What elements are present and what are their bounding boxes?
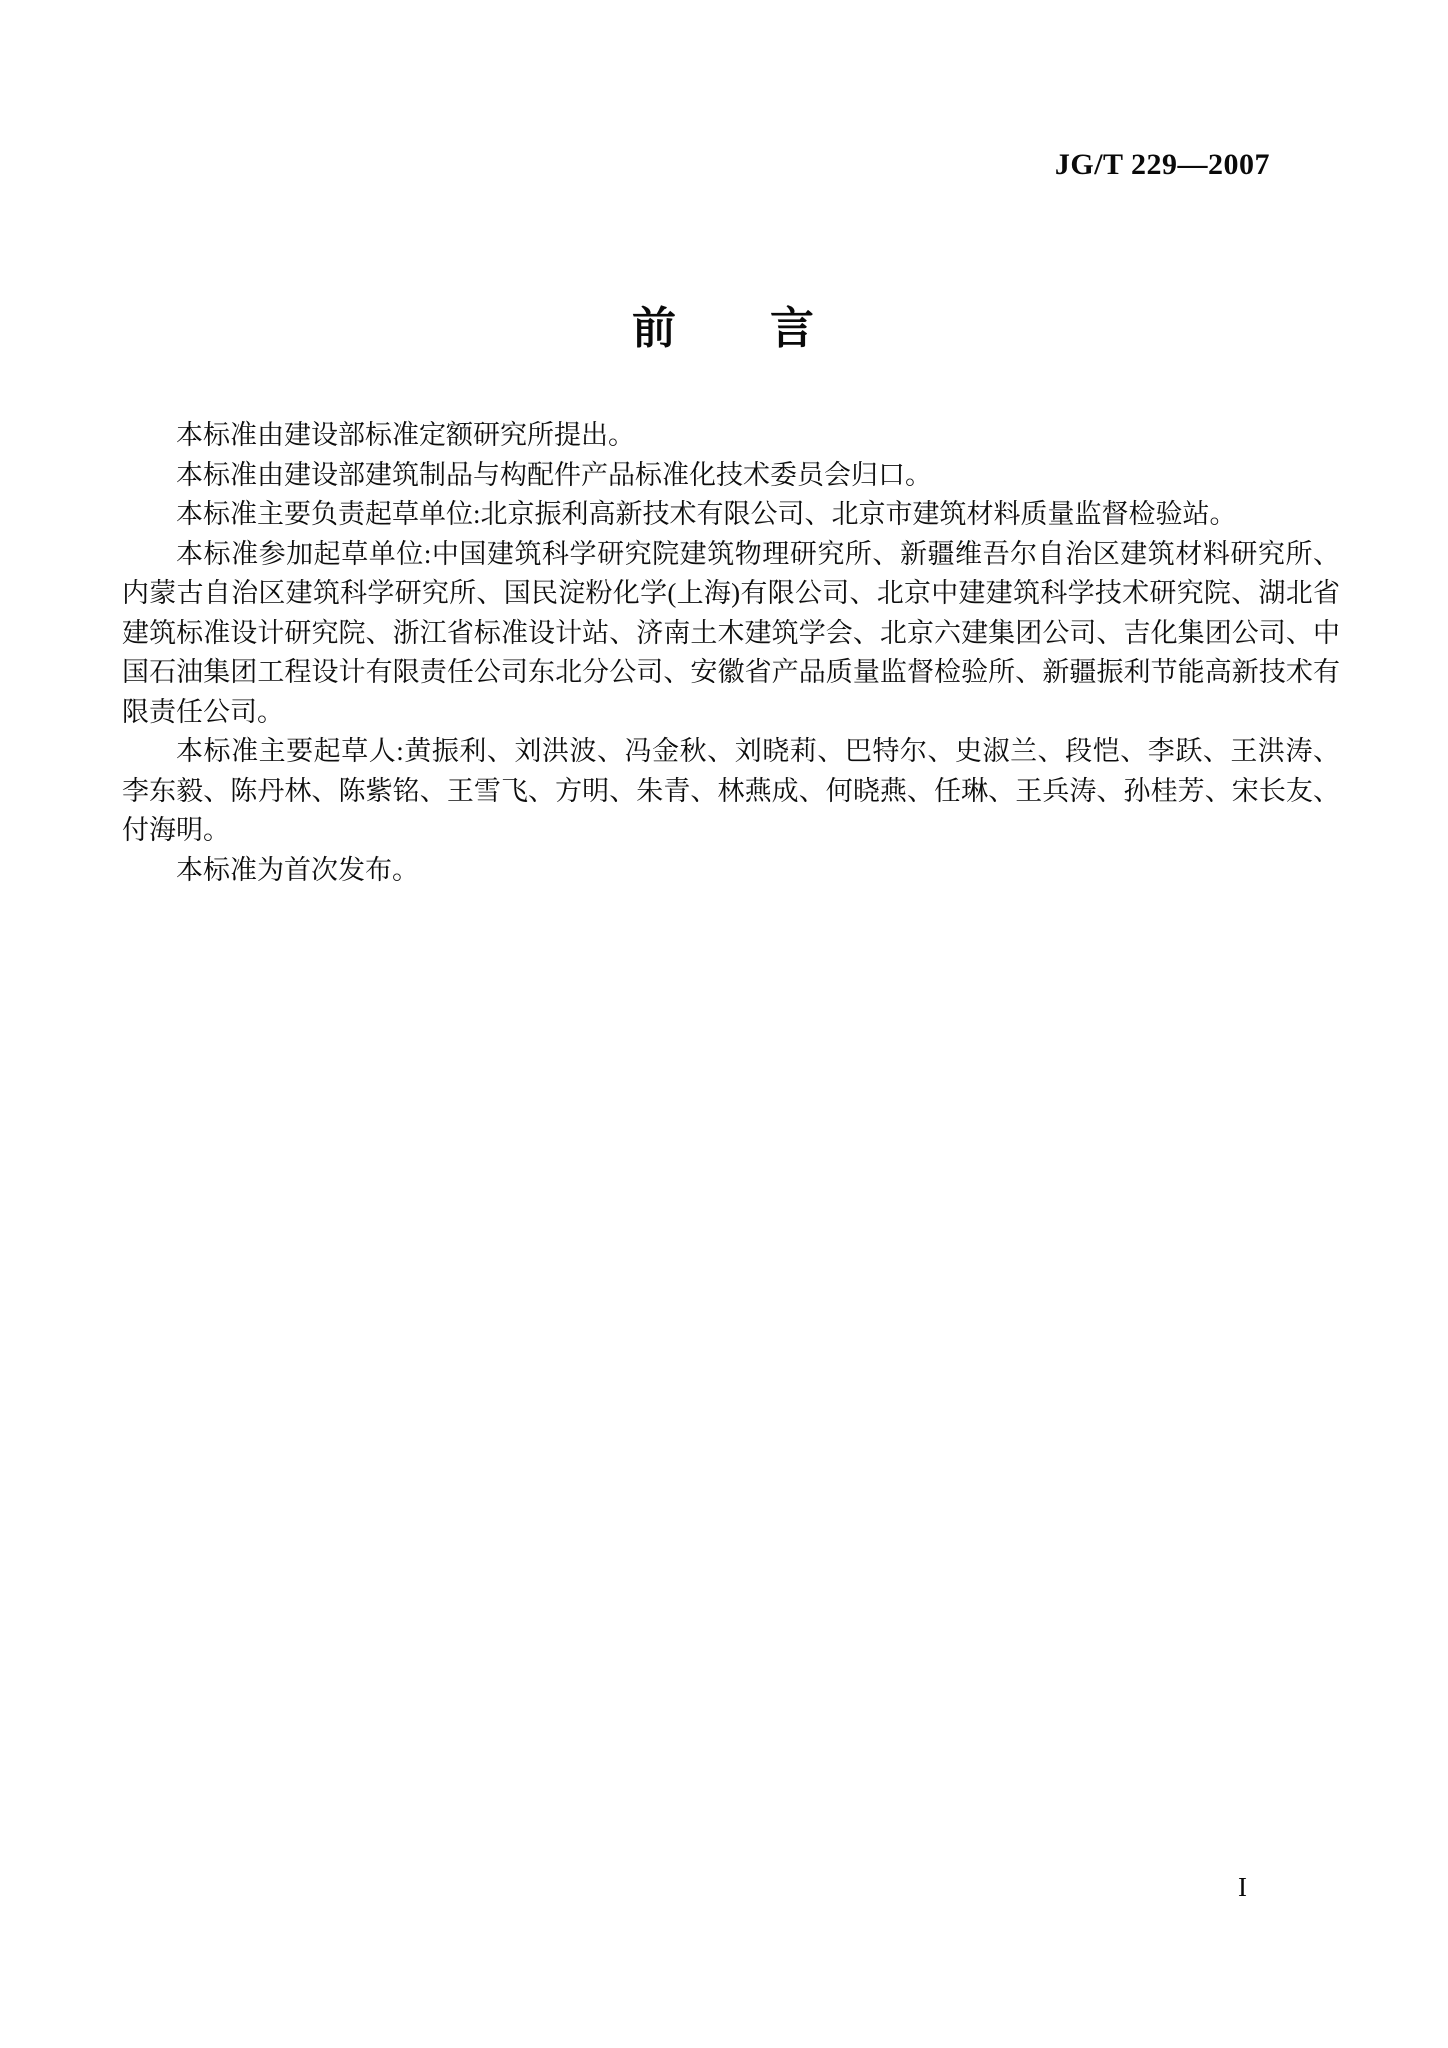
page-number: I — [1238, 1872, 1247, 1903]
foreword-body: 本标准由建设部标准定额研究所提出。 本标准由建设部建筑制品与构配件产品标准化技术… — [122, 416, 1340, 890]
foreword-paragraph: 本标准由建设部标准定额研究所提出。 — [122, 416, 1340, 456]
foreword-paragraph: 本标准由建设部建筑制品与构配件产品标准化技术委员会归口。 — [122, 456, 1340, 496]
document-page: JG/T 229—2007 前 言 本标准由建设部标准定额研究所提出。 本标准由… — [0, 0, 1448, 2048]
foreword-paragraph: 本标准主要负责起草单位:北京振利高新技术有限公司、北京市建筑材料质量监督检验站。 — [122, 495, 1340, 535]
standard-number-header: JG/T 229—2007 — [1055, 148, 1270, 182]
foreword-paragraph: 本标准参加起草单位:中国建筑科学研究院建筑物理研究所、新疆维吾尔自治区建筑材料研… — [122, 535, 1340, 733]
foreword-paragraph: 本标准为首次发布。 — [122, 851, 1340, 891]
foreword-title: 前 言 — [0, 292, 1448, 356]
foreword-paragraph: 本标准主要起草人:黄振利、刘洪波、冯金秋、刘晓莉、巴特尔、史淑兰、段恺、李跃、王… — [122, 732, 1340, 851]
